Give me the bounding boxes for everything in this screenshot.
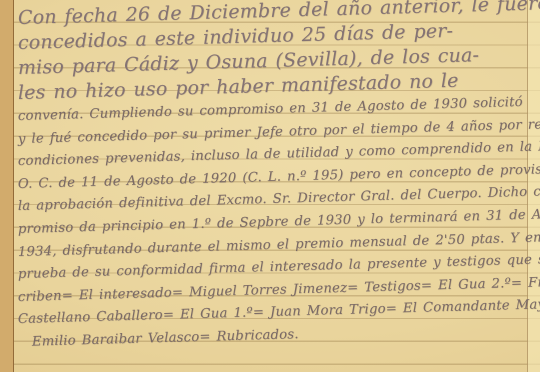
left-margin-rule xyxy=(0,0,14,372)
manuscript-text-block: Con fecha 26 de Diciembre del año anteri… xyxy=(18,6,538,372)
manuscript-page: Con fecha 26 de Diciembre del año anteri… xyxy=(0,0,540,372)
